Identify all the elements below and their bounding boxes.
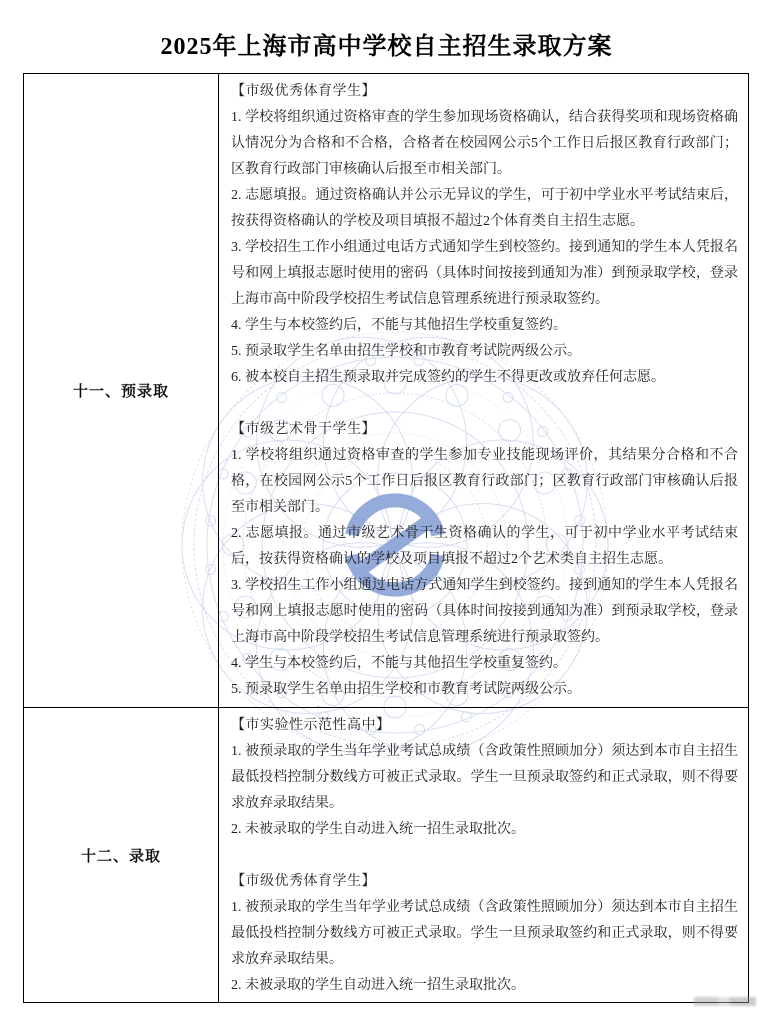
list-item: 1. 学校将组织通过资格审查的学生参加专业技能现场评价，其结果分合格和不合格，在… bbox=[231, 443, 738, 521]
list-item: 4. 学生与本校签约后，不能与其他招生学校重复签约。 bbox=[231, 651, 738, 677]
table-row: 十二、录取【市实验性示范性高中】1. 被预录取的学生当年学业考试总成绩（含政策性… bbox=[24, 707, 748, 1002]
list-item: 1. 学校将组织通过资格审查的学生参加现场资格确认，结合获得奖项和现场资格确认情… bbox=[231, 105, 738, 183]
list-item: 1. 被预录取的学生当年学业考试总成绩（含政策性照顾加分）须达到本市自主招生最低… bbox=[231, 895, 738, 973]
row-label: 十二、录取 bbox=[81, 845, 161, 866]
section-heading: 【市级艺术骨干学生】 bbox=[231, 417, 738, 443]
content-section: 【市级艺术骨干学生】1. 学校将组织通过资格审查的学生参加专业技能现场评价，其结… bbox=[231, 417, 738, 707]
list-item: 5. 预录取学生名单由招生学校和市教育考试院两级公示。 bbox=[231, 677, 738, 703]
row-label: 十一、预录取 bbox=[73, 380, 169, 401]
content-section: 【市级优秀体育学生】1. 被预录取的学生当年学业考试总成绩（含政策性照顾加分）须… bbox=[231, 869, 738, 999]
list-item: 2. 未被录取的学生自动进入统一招生录取批次。 bbox=[231, 817, 738, 843]
list-item: 3. 学校招生工作小组通过电话方式通知学生到校签约。接到通知的学生本人凭报名号和… bbox=[231, 235, 738, 313]
row-label-cell: 十二、录取 bbox=[24, 708, 219, 1002]
list-item: 2. 未被录取的学生自动进入统一招生录取批次。 bbox=[231, 973, 738, 999]
page-title: 2025年上海市高中学校自主招生录取方案 bbox=[0, 26, 773, 61]
section-heading: 【市级优秀体育学生】 bbox=[231, 79, 738, 105]
row-label-cell: 十一、预录取 bbox=[24, 74, 219, 707]
admission-plan-table: 十一、预录取【市级优秀体育学生】1. 学校将组织通过资格审查的学生参加现场资格确… bbox=[23, 73, 749, 1003]
list-item: 6. 被本校自主招生预录取并完成签约的学生不得更改或放弃任何志愿。 bbox=[231, 365, 738, 391]
table-row: 十一、预录取【市级优秀体育学生】1. 学校将组织通过资格审查的学生参加现场资格确… bbox=[24, 74, 748, 707]
corner-watermark bbox=[694, 997, 756, 1006]
row-content-cell: 【市级优秀体育学生】1. 学校将组织通过资格审查的学生参加现场资格确认，结合获得… bbox=[219, 74, 748, 707]
list-item: 2. 志愿填报。通过资格确认并公示无异议的学生，可于初中学业水平考试结束后，按获… bbox=[231, 183, 738, 235]
content-section: 【市级优秀体育学生】1. 学校将组织通过资格审查的学生参加现场资格确认，结合获得… bbox=[231, 79, 738, 391]
list-item: 5. 预录取学生名单由招生学校和市教育考试院两级公示。 bbox=[231, 339, 738, 365]
list-item: 2. 志愿填报。通过市级艺术骨干生资格确认的学生，可于初中学业水平考试结束后，按… bbox=[231, 521, 738, 573]
content-section: 【市实验性示范性高中】1. 被预录取的学生当年学业考试总成绩（含政策性照顾加分）… bbox=[231, 713, 738, 843]
list-item: 6. 被本校自主招生预录取并完成签约的学生不得更改或放弃任何志愿。 bbox=[231, 703, 738, 707]
section-heading: 【市级优秀体育学生】 bbox=[231, 869, 738, 895]
list-item: 3. 学校招生工作小组通过电话方式通知学生到校签约。接到通知的学生本人凭报名号和… bbox=[231, 573, 738, 651]
list-item: 4. 学生与本校签约后，不能与其他招生学校重复签约。 bbox=[231, 313, 738, 339]
document-page: 2025年上海市高中学校自主招生录取方案 十一、预录取【市级优秀体育学生】1. … bbox=[0, 0, 773, 1033]
section-heading: 【市实验性示范性高中】 bbox=[231, 713, 738, 739]
list-item: 1. 被预录取的学生当年学业考试总成绩（含政策性照顾加分）须达到本市自主招生最低… bbox=[231, 739, 738, 817]
row-content-cell: 【市实验性示范性高中】1. 被预录取的学生当年学业考试总成绩（含政策性照顾加分）… bbox=[219, 708, 748, 1002]
